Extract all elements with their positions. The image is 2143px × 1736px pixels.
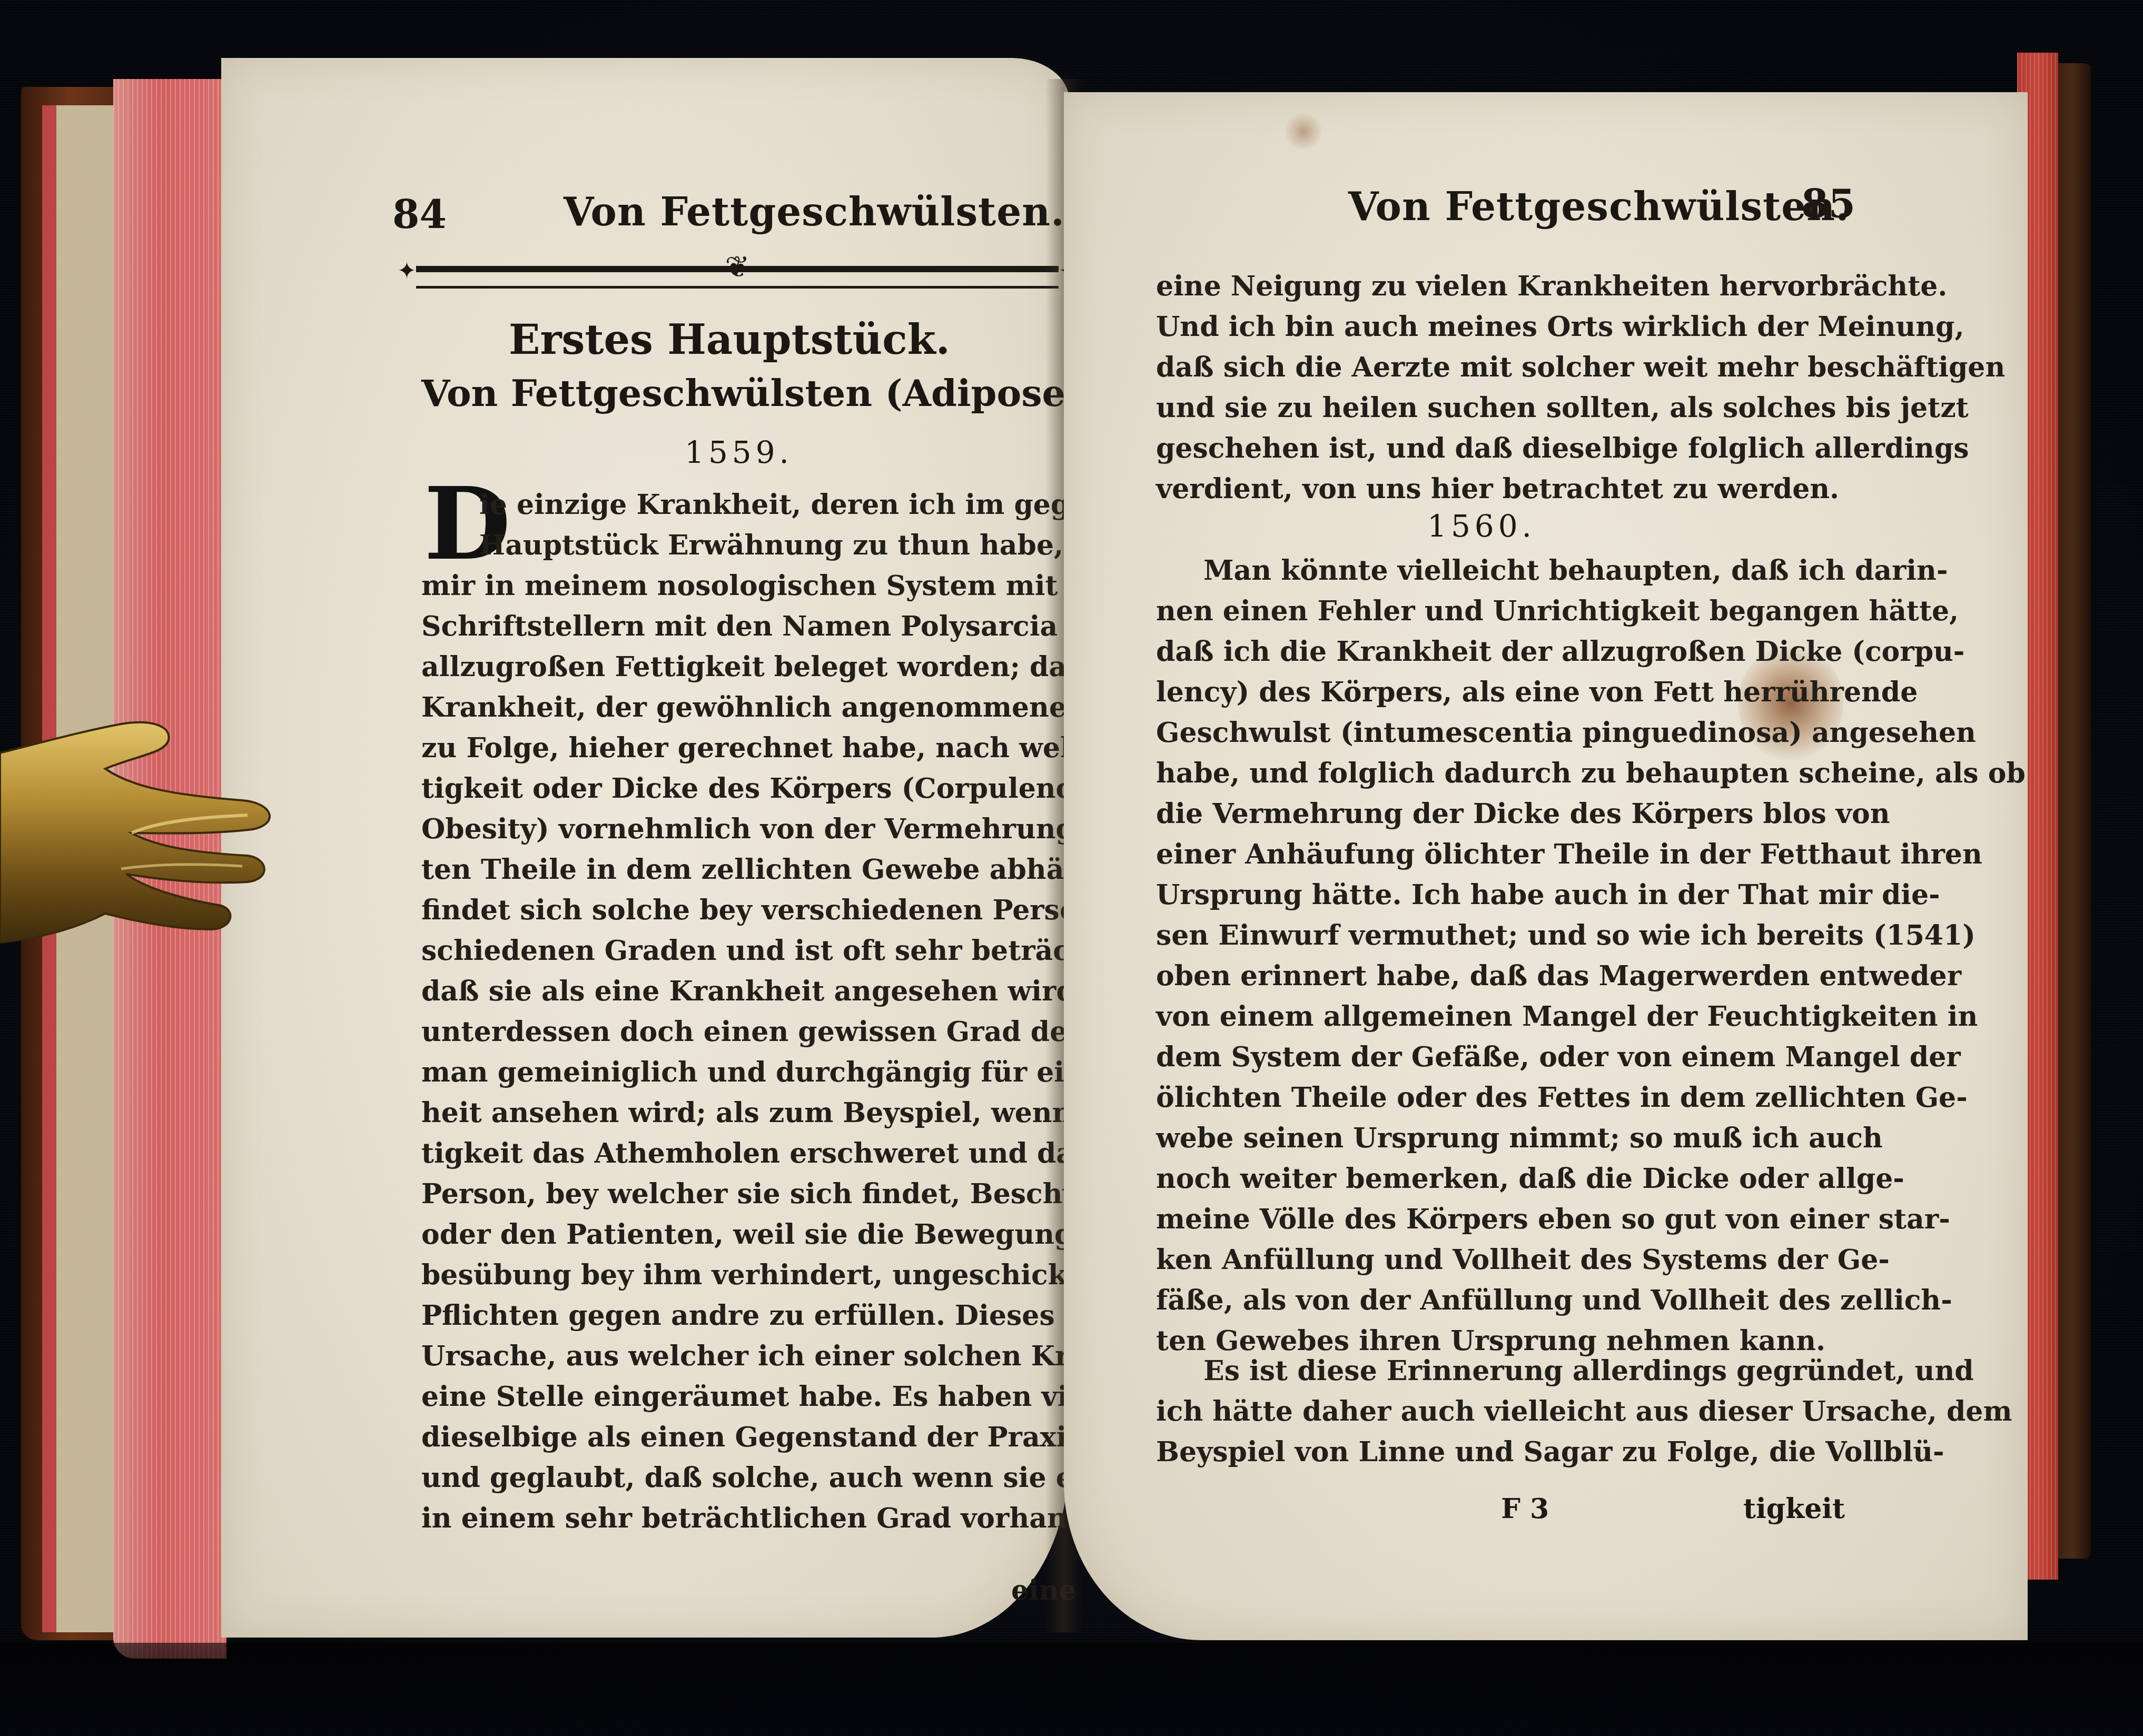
chapter-title: Erstes Hauptstück. [390,316,1069,364]
text-line: Hauptstück Erwähnung zu thun habe, ist v… [421,525,1074,566]
text-line: geschehen ist, und daß dieselbige folgli… [1156,428,1846,469]
text-line: daß ich die Krankheit der allzugroßen Di… [1156,631,1846,672]
text-line: dieselbige als einen Gegenstand der Prax… [421,1417,1074,1457]
text-line: ken Anfüllung und Vollheit des Systems d… [1156,1239,1846,1280]
text-line: einer Anhäufung ölichter Theile in der F… [1156,834,1846,875]
text-line: und sie zu heilen suchen sollten, als so… [1156,388,1846,428]
body-text-bottom: Es ist diese Erinnerung allerdings gegrü… [1156,1351,1846,1472]
ornamental-rule: ❦ [416,266,1059,289]
text-line: von einem allgemeinen Mangel der Feuchti… [1156,996,1846,1037]
text-line: heit ansehen wird; als zum Beyspiel, wen… [421,1093,1074,1133]
bottom-shadow [0,1643,2143,1736]
text-line: oben erinnert habe, daß das Magerwerden … [1156,956,1846,996]
section-number: 1559. [685,434,793,470]
text-line: mir in meinem nosologischen System mit a… [421,566,1074,606]
text-line: und geglaubt, daß solche, auch wenn sie … [421,1457,1074,1498]
text-line: Person, bey welcher sie sich findet, Bes… [421,1174,1074,1214]
text-line: eine Neigung zu vielen Krankheiten hervo… [1156,266,1846,306]
left-page: 84 Von Fettgeschwülsten. ❦ Erstes Haupts… [221,58,1069,1638]
text-line: Obesity) vornehmlich von der Vermehrung … [421,809,1074,849]
body-text: ie einzige Krankheit, deren ich im gegen… [421,484,1074,1539]
text-line: nen einen Fehler und Unrichtigkeit began… [1156,591,1846,631]
text-line: fäße, als von der Anfüllung und Vollheit… [1156,1280,1846,1321]
text-line: zu Folge, hieher gerechnet habe, nach we… [421,728,1074,768]
text-line: die Vermehrung der Dicke des Körpers blo… [1156,793,1846,834]
text-line: findet sich solche bey verschiedenen Per… [421,890,1074,930]
text-line: besübung bey ihm verhindert, ungeschickt… [421,1255,1074,1295]
text-line: unterdessen doch einen gewissen Grad der… [421,1011,1074,1052]
text-line: in einem sehr beträchtlichen Grad vorhan… [421,1498,1074,1539]
text-line: dem System der Gefäße, oder von einem Ma… [1156,1037,1846,1077]
text-line: Ursprung hätte. Ich habe auch in der Tha… [1156,875,1846,915]
text-line: tigkeit das Athemholen erschweret und da… [421,1133,1074,1174]
catchword: tigkeit [1743,1493,1845,1525]
fleuron-icon: ❦ [725,250,750,284]
text-line: sen Einwurf vermuthet; und so wie ich be… [1156,915,1846,956]
body-text-top: eine Neigung zu vielen Krankheiten hervo… [1156,266,1846,509]
text-line: habe, und folglich dadurch zu behaupten … [1156,753,1846,793]
text-line: Ursache, aus welcher ich einer solchen K… [421,1336,1074,1376]
text-line: Man könnte vielleicht behaupten, daß ich… [1156,550,1846,591]
printer-signature: F 3 [1501,1493,1549,1525]
page-number: 84 [392,192,447,237]
text-line: daß sie als eine Krankheit angesehen wir… [421,971,1074,1011]
text-line: webe seinen Ursprung nimmt; so muß ich a… [1156,1118,1846,1158]
text-line: ölichten Theile oder des Fettes in dem z… [1156,1077,1846,1118]
text-line: Es ist diese Erinnerung allerdings gegrü… [1156,1351,1846,1391]
text-line: ten Theile in dem zellichten Gewebe abhä… [421,849,1074,890]
foxing-stain [1285,113,1322,150]
text-line: allzugroßen Fettigkeit beleget worden; d… [421,647,1074,687]
text-line: verdient, von uns hier betrachtet zu wer… [1156,469,1846,509]
text-line: Krankheit, der gewöhnlich angenommenen M… [421,687,1074,728]
text-line: schiedenen Graden und ist oft sehr beträ… [421,930,1074,971]
right-page: Von Fettgeschwülsten. 85 eine Neigung zu… [1064,92,2028,1640]
text-line: Geschwulst (intumescentia pinguedinosa) … [1156,712,1846,753]
running-head: Von Fettgeschwülsten. [564,190,1065,235]
text-line: daß sich die Aerzte mit solcher weit meh… [1156,347,1846,388]
text-line: Schriftstellern mit den Namen Polysarcia… [421,606,1074,647]
text-line: oder den Patienten, weil sie die Bewegun… [421,1214,1074,1255]
text-line: Und ich bin auch meines Orts wirklich de… [1156,306,1846,347]
text-line: man gemeiniglich und durchgängig für ein… [421,1052,1074,1093]
text-line: noch weiter bemerken, daß die Dicke oder… [1156,1158,1846,1199]
text-line: ie einzige Krankheit, deren ich im gegen… [421,484,1074,525]
running-head: Von Fettgeschwülsten. [1348,184,1850,230]
text-line: Beyspiel von Linne und Sagar zu Folge, d… [1156,1432,1846,1472]
text-line: lency) des Körpers, als eine von Fett he… [1156,672,1846,712]
brass-hand-page-weight-icon[interactable] [0,695,284,979]
text-line: eine Stelle eingeräumet habe. Es haben v… [421,1376,1074,1417]
section-number: 1560. [1427,508,1536,544]
body-text-middle: Man könnte vielleicht behaupten, daß ich… [1156,550,1846,1361]
text-line: meine Völle des Körpers eben so gut von … [1156,1199,1846,1239]
text-line: ich hätte daher auch vielleicht aus dies… [1156,1391,1846,1432]
page-number: 85 [1801,182,1855,227]
text-line: Pflichten gegen andre zu erfüllen. Diese… [421,1295,1074,1336]
text-line: tigkeit oder Dicke des Körpers (Corpulen… [421,768,1074,809]
